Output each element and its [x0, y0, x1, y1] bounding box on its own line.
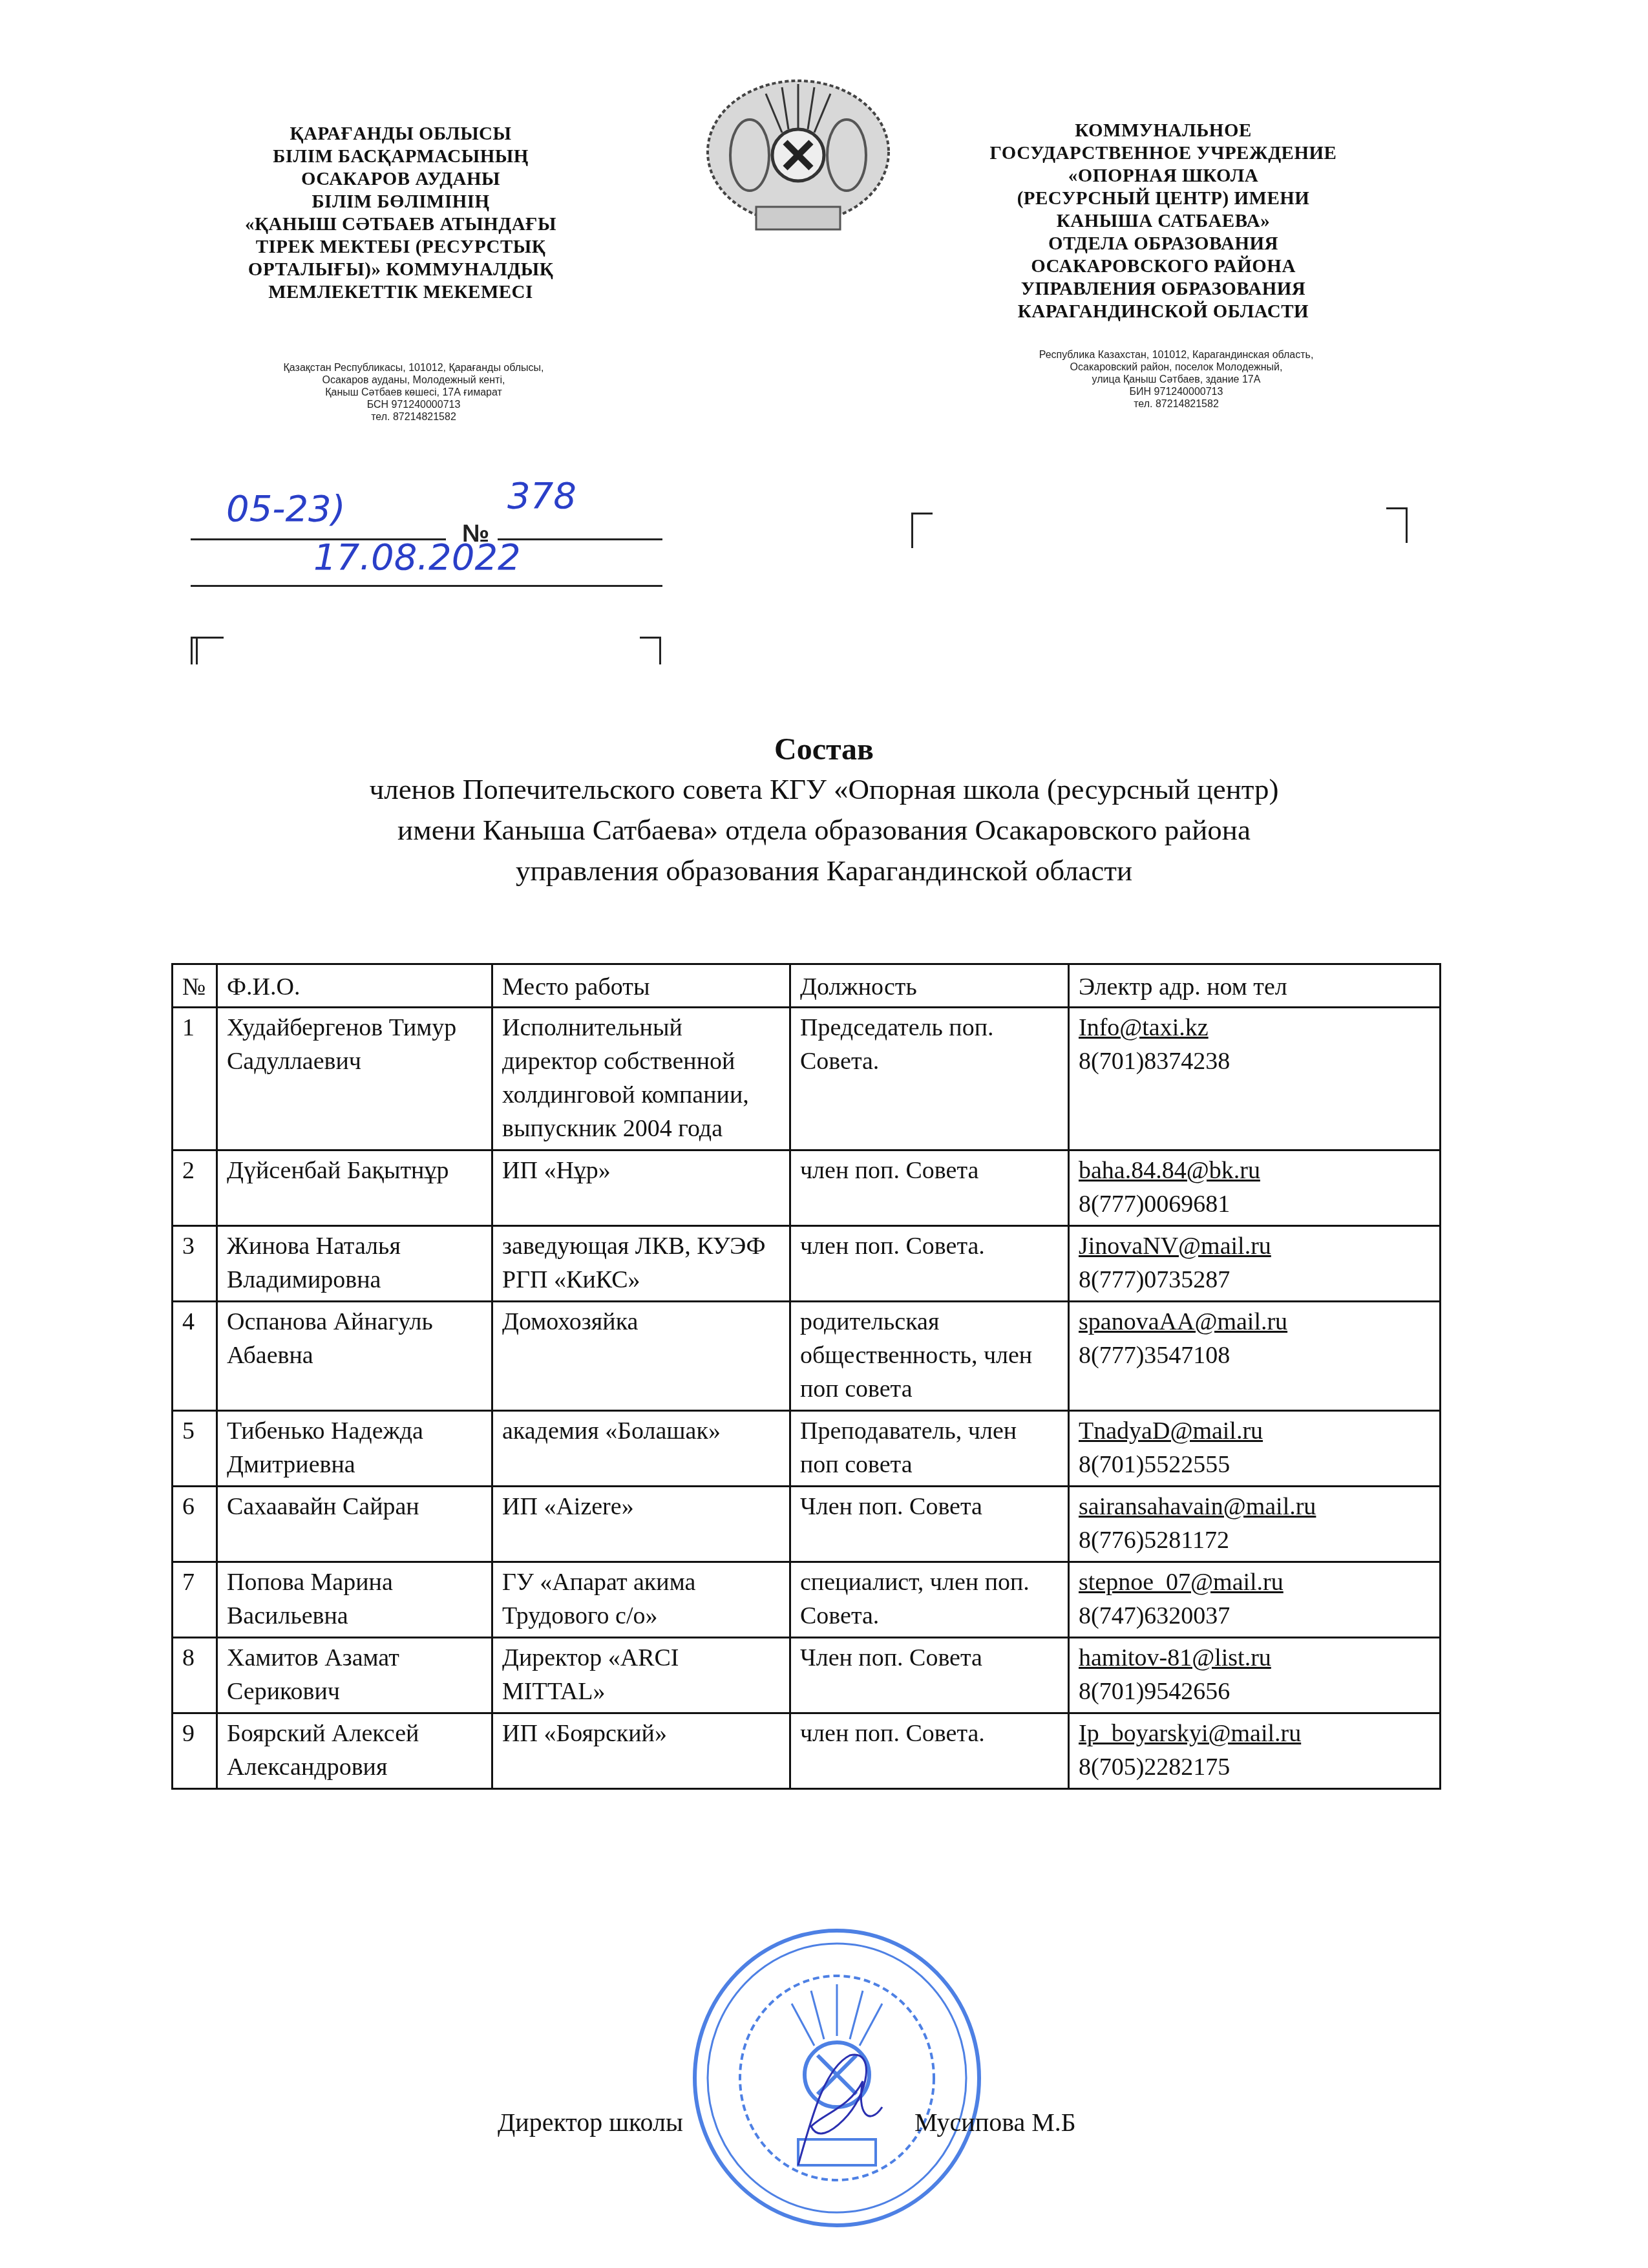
header-workplace: Место работы — [492, 964, 790, 1008]
cell-name: Хамитов Азамат Серикович — [217, 1638, 492, 1713]
email-link[interactable]: sairansahavain@mail.ru — [1079, 1490, 1430, 1523]
letterhead-line: ОСАКАРОВСКОГО РАЙОНА — [944, 255, 1383, 278]
cell-workplace: Исполнительный директор собственной холд… — [492, 1008, 790, 1150]
members-table: № Ф.И.О. Место работы Должность Электр а… — [171, 963, 1441, 1790]
letterhead-kazakh: ҚАРАҒАНДЫ ОБЛЫСЫ БІЛІМ БАСҚАРМАСЫНЫҢ ОСА… — [194, 123, 607, 304]
handwritten-index: 05-23) — [226, 488, 346, 530]
cell-workplace: академия «Болашак» — [492, 1411, 790, 1487]
cell-workplace: ГУ «Апарат акима Трудового с/о» — [492, 1562, 790, 1638]
cell-position: Член поп. Совета — [790, 1638, 1069, 1713]
table-header-row: № Ф.И.О. Место работы Должность Электр а… — [173, 964, 1441, 1008]
letterhead-line: «ОПОРНАЯ ШКОЛА — [944, 165, 1383, 187]
phone-number: 8(747)6320037 — [1079, 1599, 1430, 1633]
cell-workplace: ИП «Боярский» — [492, 1713, 790, 1789]
cell-name: Сахаавайн Сайран — [217, 1487, 492, 1562]
table-row: 6Сахаавайн СайранИП «Aizere»Член поп. Со… — [173, 1487, 1441, 1562]
email-link[interactable]: JinovaNV@mail.ru — [1079, 1229, 1430, 1263]
email-link[interactable]: spanovaAA@mail.ru — [1079, 1305, 1430, 1339]
corner-mark — [1386, 507, 1408, 543]
table-row: 4Оспанова Айнагуль АбаевнаДомохозяйкарод… — [173, 1302, 1441, 1411]
letterhead-line: ҚАРАҒАНДЫ ОБЛЫСЫ — [194, 123, 607, 145]
address-line: Қазақстан Республикасы, 101012, Қарағанд… — [213, 362, 614, 374]
cell-name: Попова Марина Васильевна — [217, 1562, 492, 1638]
signature-icon — [772, 2042, 902, 2172]
cell-number: 4 — [173, 1302, 217, 1411]
cell-number: 6 — [173, 1487, 217, 1562]
date-line — [191, 585, 662, 587]
cell-contact: spanovaAA@mail.ru8(777)3547108 — [1069, 1302, 1441, 1411]
table-row: 2Дүйсенбай БақытнұрИП «Нұр»член поп. Сов… — [173, 1150, 1441, 1226]
email-link[interactable]: stepnoe_07@mail.ru — [1079, 1565, 1430, 1599]
address-line: БСН 971240000713 — [213, 399, 614, 411]
cell-name: Дүйсенбай Бақытнұр — [217, 1150, 492, 1226]
title-line: членов Попечительского совета КГУ «Опорн… — [0, 769, 1648, 810]
cell-position: Председатель поп. Совета. — [790, 1008, 1069, 1150]
signatory-title: Директор школы — [498, 2107, 683, 2137]
cell-name: Худайбергенов Тимур Садуллаевич — [217, 1008, 492, 1150]
address-line: Осакаров ауданы, Молодежный кенті, — [213, 374, 614, 387]
letterhead-line: «ҚАНЫШ СӘТБАЕВ АТЫНДАҒЫ — [194, 213, 607, 236]
letterhead-line: ГОСУДАРСТВЕННОЕ УЧРЕЖДЕНИЕ — [944, 142, 1383, 165]
cell-position: член поп. Совета — [790, 1150, 1069, 1226]
email-link[interactable]: Ip_boyarskyi@mail.ru — [1079, 1717, 1430, 1750]
letterhead-line: ОТДЕЛА ОБРАЗОВАНИЯ — [944, 233, 1383, 255]
state-emblem-icon — [692, 78, 905, 239]
cell-name: Боярский Алексей Александровия — [217, 1713, 492, 1789]
cell-contact: hamitov-81@list.ru8(701)9542656 — [1069, 1638, 1441, 1713]
address-kazakh: Қазақстан Республикасы, 101012, Қарағанд… — [213, 362, 614, 423]
corner-mark — [911, 513, 933, 548]
title-line: имени Каныша Сатбаева» отдела образовани… — [0, 810, 1648, 851]
address-line: тел. 87214821582 — [213, 411, 614, 423]
cell-number: 1 — [173, 1008, 217, 1150]
cell-workplace: ИП «Aizere» — [492, 1487, 790, 1562]
cell-contact: TnadyaD@mail.ru8(701)5522555 — [1069, 1411, 1441, 1487]
letterhead-line: КАНЫША САТБАЕВА» — [944, 210, 1383, 233]
cell-position: член поп. Совета. — [790, 1713, 1069, 1789]
letterhead-line: БІЛІМ БАСҚАРМАСЫНЫҢ — [194, 145, 607, 168]
table-row: 7Попова Марина ВасильевнаГУ «Апарат аким… — [173, 1562, 1441, 1638]
cell-contact: baha.84.84@bk.ru8(777)0069681 — [1069, 1150, 1441, 1226]
header-position: Должность — [790, 964, 1069, 1008]
table-row: 8Хамитов Азамат СериковичДиректор «ARCI … — [173, 1638, 1441, 1713]
phone-number: 8(701)8374238 — [1079, 1044, 1430, 1078]
cell-number: 5 — [173, 1411, 217, 1487]
letterhead-russian: КОММУНАЛЬНОЕ ГОСУДАРСТВЕННОЕ УЧРЕЖДЕНИЕ … — [944, 120, 1383, 323]
address-line: БИН 971240000713 — [956, 386, 1396, 398]
email-link[interactable]: TnadyaD@mail.ru — [1079, 1414, 1430, 1448]
cell-name: Тибенько Надежда Дмитриевна — [217, 1411, 492, 1487]
phone-number: 8(705)2282175 — [1079, 1750, 1430, 1784]
phone-number: 8(777)0069681 — [1079, 1187, 1430, 1221]
cell-number: 8 — [173, 1638, 217, 1713]
email-link[interactable]: baha.84.84@bk.ru — [1079, 1154, 1430, 1187]
cell-name: Жинова Наталья Владимировна — [217, 1226, 492, 1302]
registration-block: № 05-23) 378 17.08.2022 — [191, 482, 662, 585]
cell-workplace: Директор «ARCI MITTAL» — [492, 1638, 790, 1713]
table-row: 3Жинова Наталья Владимировназаведующая Л… — [173, 1226, 1441, 1302]
cell-contact: sairansahavain@mail.ru8(776)5281172 — [1069, 1487, 1441, 1562]
cell-workplace: ИП «Нұр» — [492, 1150, 790, 1226]
cell-number: 7 — [173, 1562, 217, 1638]
address-line: Қаныш Сәтбаев көшесі, 17А ғимарат — [213, 387, 614, 399]
header-number: № — [173, 964, 217, 1008]
cell-position: родительская общественность, член поп со… — [790, 1302, 1069, 1411]
address-russian: Республика Казахстан, 101012, Карагандин… — [956, 349, 1396, 410]
cell-number: 2 — [173, 1150, 217, 1226]
cell-contact: stepnoe_07@mail.ru8(747)6320037 — [1069, 1562, 1441, 1638]
cell-position: Член поп. Совета — [790, 1487, 1069, 1562]
address-line: Республика Казахстан, 101012, Карагандин… — [956, 349, 1396, 361]
letterhead-line: (РЕСУРСНЫЙ ЦЕНТР) ИМЕНИ — [944, 187, 1383, 210]
cell-name: Оспанова Айнагуль Абаевна — [217, 1302, 492, 1411]
number-line — [498, 538, 662, 540]
cell-workplace: заведующая ЛКВ, КУЭФ РГП «КиКС» — [492, 1226, 790, 1302]
phone-number: 8(701)9542656 — [1079, 1675, 1430, 1708]
letterhead-line: МЕМЛЕКЕТТІК МЕКЕМЕСІ — [194, 281, 607, 304]
letterhead-line: КАРАГАНДИНСКОЙ ОБЛАСТИ — [944, 301, 1383, 323]
cell-contact: Info@taxi.kz8(701)8374238 — [1069, 1008, 1441, 1150]
email-link[interactable]: hamitov-81@list.ru — [1079, 1641, 1430, 1675]
address-line: улица Қаныш Сәтбаев, здание 17А — [956, 374, 1396, 386]
handwritten-number: 378 — [507, 475, 576, 517]
email-link[interactable]: Info@taxi.kz — [1079, 1011, 1430, 1044]
document-title: Состав членов Попечительского совета КГУ… — [0, 730, 1648, 891]
address-line: тел. 87214821582 — [956, 398, 1396, 410]
letterhead-line: ТІРЕК МЕКТЕБІ (РЕСУРСТЫҚ — [194, 236, 607, 259]
header-name: Ф.И.О. — [217, 964, 492, 1008]
phone-number: 8(701)5522555 — [1079, 1448, 1430, 1481]
phone-number: 8(777)3547108 — [1079, 1339, 1430, 1372]
phone-number: 8(776)5281172 — [1079, 1523, 1430, 1557]
address-line: Осакаровский район, поселок Молодежный, — [956, 361, 1396, 374]
handwritten-date: 17.08.2022 — [313, 536, 521, 578]
cell-position: член поп. Совета. — [790, 1226, 1069, 1302]
letterhead-line: УПРАВЛЕНИЯ ОБРАЗОВАНИЯ — [944, 278, 1383, 301]
phone-number: 8(777)0735287 — [1079, 1263, 1430, 1297]
cell-position: Преподаватель, член поп совета — [790, 1411, 1069, 1487]
cell-number: 9 — [173, 1713, 217, 1789]
letterhead-line: ОРТАЛЫҒЫ)» КОММУНАЛДЫҚ — [194, 259, 607, 281]
corner-mark — [196, 637, 224, 664]
letterhead-line: ОСАКАРОВ АУДАНЫ — [194, 168, 607, 191]
cell-number: 3 — [173, 1226, 217, 1302]
cell-contact: Ip_boyarskyi@mail.ru8(705)2282175 — [1069, 1713, 1441, 1789]
cell-contact: JinovaNV@mail.ru8(777)0735287 — [1069, 1226, 1441, 1302]
title-line: управления образования Карагандинской об… — [0, 851, 1648, 891]
header-contact: Электр адр. ном тел — [1069, 964, 1441, 1008]
letterhead-line: КОММУНАЛЬНОЕ — [944, 120, 1383, 142]
title-main: Состав — [0, 730, 1648, 769]
table-row: 5Тибенько Надежда Дмитриевнаакадемия «Бо… — [173, 1411, 1441, 1487]
cell-position: специалист, член поп. Совета. — [790, 1562, 1069, 1638]
corner-mark — [640, 637, 661, 664]
letterhead-line: БІЛІМ БӨЛІМІНІҢ — [194, 191, 607, 213]
table-row: 9Боярский Алексей АлександровияИП «Боярс… — [173, 1713, 1441, 1789]
letterhead: ҚАРАҒАНДЫ ОБЛЫСЫ БІЛІМ БАСҚАРМАСЫНЫҢ ОСА… — [0, 0, 1648, 465]
signatory-name: Мусипова М.Б — [914, 2107, 1076, 2137]
cell-workplace: Домохозяйка — [492, 1302, 790, 1411]
table-row: 1Худайбергенов Тимур СадуллаевичИсполнит… — [173, 1008, 1441, 1150]
